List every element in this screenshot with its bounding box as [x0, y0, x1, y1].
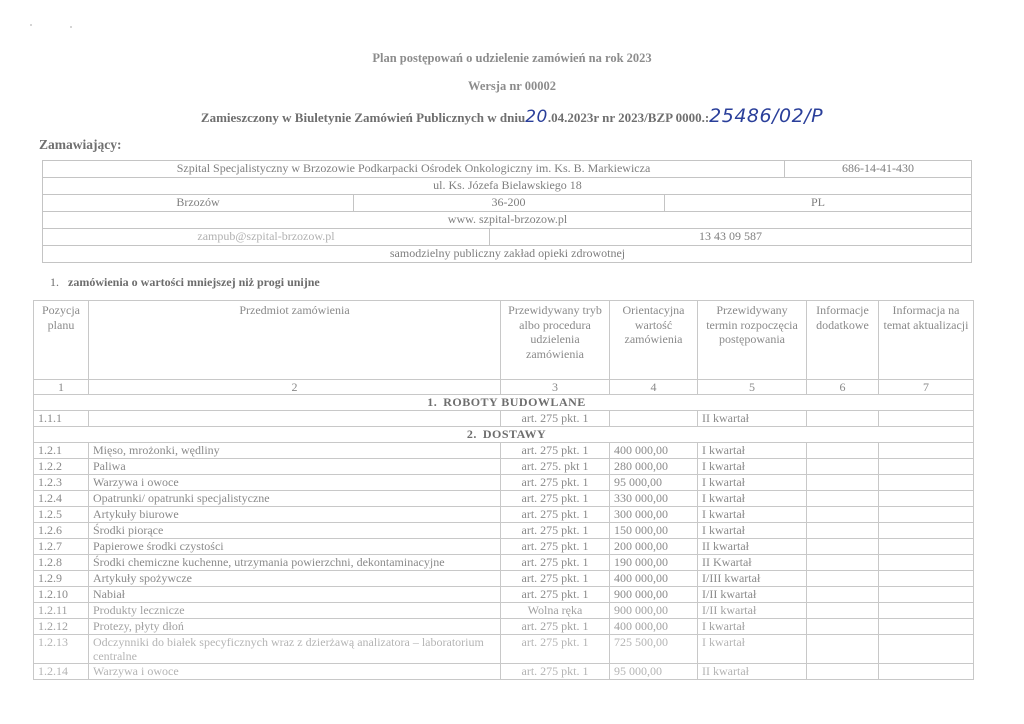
- additional-info-cell: [807, 587, 879, 603]
- start-term-cell: I kwartał: [698, 507, 807, 523]
- category-heading: 2.DOSTAWY: [34, 427, 974, 443]
- category-number: 2.: [461, 427, 483, 441]
- start-term-cell: I kwartał: [698, 491, 807, 507]
- position-cell: 1.2.9: [34, 571, 89, 587]
- ordering-street: ul. Ks. Józefa Bielawskiego 18: [43, 178, 972, 194]
- position-cell: 1.2.14: [34, 664, 89, 680]
- additional-info-cell: [807, 459, 879, 475]
- value-cell: 95 000,00: [610, 664, 698, 680]
- procedure-cell: art. 275 pkt. 1: [501, 571, 610, 587]
- ordering-city: Brzozów: [43, 195, 353, 211]
- column-header: Przewidywany termin rozpoczęcia postępow…: [698, 301, 807, 380]
- position-cell: 1.2.3: [34, 475, 89, 491]
- column-number: 5: [698, 380, 807, 395]
- start-term-cell: I/II kwartał: [698, 587, 807, 603]
- update-info-cell: [879, 587, 974, 603]
- procedure-cell: art. 275 pkt. 1: [501, 539, 610, 555]
- column-number: 6: [807, 380, 879, 395]
- position-cell: 1.2.1: [34, 443, 89, 459]
- value-cell: 900 000,00: [610, 587, 698, 603]
- ordering-row-contact: zampub@szpital-brzozow.pl 13 43 09 587: [42, 229, 972, 246]
- additional-info-cell: [807, 523, 879, 539]
- column-header: Informacje dodatkowe: [807, 301, 879, 380]
- category-number: 1.: [421, 395, 443, 409]
- table-row: 1.2.7Papierowe środki czystościart. 275 …: [34, 539, 974, 555]
- update-info-cell: [879, 603, 974, 619]
- category-row: 1.ROBOTY BUDOWLANE: [34, 395, 974, 411]
- ordering-row-city: Brzozów 36-200 PL: [42, 195, 972, 212]
- value-cell: 150 000,00: [610, 523, 698, 539]
- column-number: 2: [89, 380, 501, 395]
- ordering-entity-type: samodzielny publiczny zakład opieki zdro…: [43, 246, 972, 262]
- value-cell: 400 000,00: [610, 571, 698, 587]
- table-row: 1.2.8Środki chemiczne kuchenne, utrzyman…: [34, 555, 974, 571]
- subject-cell: Odczynniki do białek specyficznych wraz …: [89, 635, 501, 664]
- additional-info-cell: [807, 475, 879, 491]
- procedure-cell: art. 275 pkt. 1: [501, 664, 610, 680]
- update-info-cell: [879, 491, 974, 507]
- subject-cell: Artykuły spożywcze: [89, 571, 501, 587]
- position-cell: 1.2.10: [34, 587, 89, 603]
- position-cell: 1.2.2: [34, 459, 89, 475]
- column-header: Pozycja planu: [34, 301, 89, 380]
- subject-cell: Mięso, mrożonki, wędliny: [89, 443, 501, 459]
- ordering-website[interactable]: www. szpital-brzozow.pl: [43, 212, 972, 228]
- table-row: 1.2.4Opatrunki/ opatrunki specjalistyczn…: [34, 491, 974, 507]
- start-term-cell: I kwartał: [698, 619, 807, 635]
- subject-cell: Protezy, płyty dłoń: [89, 619, 501, 635]
- section-number: 1.: [50, 275, 68, 290]
- table-header-row: Pozycja planu Przedmiot zamówienia Przew…: [34, 301, 974, 380]
- subject-cell: Opatrunki/ opatrunki specjalistyczne: [89, 491, 501, 507]
- update-info-cell: [879, 555, 974, 571]
- column-number: 7: [879, 380, 974, 395]
- additional-info-cell: [807, 443, 879, 459]
- update-info-cell: [879, 411, 974, 427]
- additional-info-cell: [807, 619, 879, 635]
- column-number: 3: [501, 380, 610, 395]
- column-header: Informacja na temat aktualizacji: [879, 301, 974, 380]
- handwritten-bzp-number: 25486/02/P: [709, 105, 823, 127]
- start-term-cell: II Kwartał: [698, 555, 807, 571]
- update-info-cell: [879, 619, 974, 635]
- publication-date-rest: .04.2023r nr 2023/BZP 0000.:: [548, 110, 709, 125]
- update-info-cell: [879, 664, 974, 680]
- additional-info-cell: [807, 664, 879, 680]
- subject-cell: Środki chemiczne kuchenne, utrzymania po…: [89, 555, 501, 571]
- start-term-cell: I kwartał: [698, 635, 807, 664]
- start-term-cell: I/III kwartał: [698, 571, 807, 587]
- update-info-cell: [879, 571, 974, 587]
- table-row: 1.2.2Paliwaart. 275. pkt 1280 000,00I kw…: [34, 459, 974, 475]
- position-cell: 1.2.11: [34, 603, 89, 619]
- additional-info-cell: [807, 635, 879, 664]
- update-info-cell: [879, 443, 974, 459]
- update-info-cell: [879, 539, 974, 555]
- section-heading: 1.zamówienia o wartości mniejszej niż pr…: [50, 275, 320, 290]
- subject-cell: Papierowe środki czystości: [89, 539, 501, 555]
- value-cell: 900 000,00: [610, 603, 698, 619]
- table-row: 1.2.9Artykuły spożywczeart. 275 pkt. 140…: [34, 571, 974, 587]
- update-info-cell: [879, 635, 974, 664]
- column-number: 4: [610, 380, 698, 395]
- additional-info-cell: [807, 491, 879, 507]
- ordering-name: Szpital Specjalistyczny w Brzozowie Podk…: [43, 161, 784, 177]
- update-info-cell: [879, 523, 974, 539]
- procedure-cell: art. 275 pkt. 1: [501, 619, 610, 635]
- procedure-cell: art. 275 pkt. 1: [501, 555, 610, 571]
- start-term-cell: I kwartał: [698, 443, 807, 459]
- position-cell: 1.2.6: [34, 523, 89, 539]
- procedure-cell: art. 275 pkt. 1: [501, 635, 610, 664]
- position-cell: 1.1.1: [34, 411, 89, 427]
- table-row: 1.2.3Warzywa i owoceart. 275 pkt. 195 00…: [34, 475, 974, 491]
- document-title: Plan postępowań o udzielenie zamówień na…: [0, 51, 1024, 66]
- category-row: 2.DOSTAWY: [34, 427, 974, 443]
- value-cell: 280 000,00: [610, 459, 698, 475]
- table-row: 1.2.6Środki piorąceart. 275 pkt. 1150 00…: [34, 523, 974, 539]
- additional-info-cell: [807, 571, 879, 587]
- column-header: Przewidywany tryb albo procedura udziele…: [501, 301, 610, 380]
- position-cell: 1.2.4: [34, 491, 89, 507]
- subject-cell: Środki piorące: [89, 523, 501, 539]
- value-cell: 190 000,00: [610, 555, 698, 571]
- start-term-cell: II kwartał: [698, 664, 807, 680]
- position-cell: 1.2.12: [34, 619, 89, 635]
- subject-cell: Nabiał: [89, 587, 501, 603]
- value-cell: 400 000,00: [610, 443, 698, 459]
- start-term-cell: I kwartał: [698, 523, 807, 539]
- ordering-row-website: www. szpital-brzozow.pl: [42, 212, 972, 229]
- ordering-nip: 686-14-41-430: [784, 161, 972, 177]
- additional-info-cell: [807, 507, 879, 523]
- column-number-row: 1 2 3 4 5 6 7: [34, 380, 974, 395]
- column-header: Przedmiot zamówienia: [89, 301, 501, 380]
- start-term-cell: II kwartał: [698, 539, 807, 555]
- value-cell: 725 500,00: [610, 635, 698, 664]
- value-cell: 330 000,00: [610, 491, 698, 507]
- ordering-row-name: Szpital Specjalistyczny w Brzozowie Podk…: [42, 160, 972, 178]
- scan-speck: [30, 24, 32, 26]
- subject-cell: Produkty lecznicze: [89, 603, 501, 619]
- additional-info-cell: [807, 555, 879, 571]
- procurement-plan-table: Pozycja planu Przedmiot zamówienia Przew…: [33, 300, 974, 680]
- category-name: DOSTAWY: [483, 427, 546, 441]
- publication-line: Zamieszczony w Biuletynie Zamówień Publi…: [0, 105, 1024, 127]
- ordering-country: PL: [664, 195, 972, 211]
- subject-cell: Paliwa: [89, 459, 501, 475]
- ordering-party-table: Szpital Specjalistyczny w Brzozowie Podk…: [42, 160, 972, 263]
- table-row: 1.2.14Warzywa i owoceart. 275 pkt. 195 0…: [34, 664, 974, 680]
- value-cell: [610, 411, 698, 427]
- position-cell: 1.2.5: [34, 507, 89, 523]
- column-header: Orientacyjna wartość zamówienia: [610, 301, 698, 380]
- ordering-postal-code: 36-200: [353, 195, 664, 211]
- update-info-cell: [879, 507, 974, 523]
- update-info-cell: [879, 475, 974, 491]
- table-row: 1.2.5Artykuły biuroweart. 275 pkt. 1300 …: [34, 507, 974, 523]
- start-term-cell: I kwartał: [698, 475, 807, 491]
- table-row: 1.2.1Mięso, mrożonki, wędlinyart. 275 pk…: [34, 443, 974, 459]
- table-row: 1.2.13Odczynniki do białek specyficznych…: [34, 635, 974, 664]
- procedure-cell: art. 275 pkt. 1: [501, 491, 610, 507]
- category-heading: 1.ROBOTY BUDOWLANE: [34, 395, 974, 411]
- procedure-cell: art. 275 pkt. 1: [501, 507, 610, 523]
- table-row: 1.2.11Produkty leczniczeWolna ręka900 00…: [34, 603, 974, 619]
- category-name: ROBOTY BUDOWLANE: [443, 395, 586, 409]
- ordering-row-entity-type: samodzielny publiczny zakład opieki zdro…: [42, 246, 972, 263]
- procedure-cell: art. 275 pkt. 1: [501, 587, 610, 603]
- position-cell: 1.2.13: [34, 635, 89, 664]
- procedure-cell: art. 275. pkt 1: [501, 459, 610, 475]
- procedure-cell: Wolna ręka: [501, 603, 610, 619]
- handwritten-day: 20: [525, 107, 548, 127]
- start-term-cell: II kwartał: [698, 411, 807, 427]
- procedure-cell: art. 275 pkt. 1: [501, 411, 610, 427]
- scan-speck: [70, 26, 72, 28]
- table-row: 1.2.12Protezy, płyty dłońart. 275 pkt. 1…: [34, 619, 974, 635]
- subject-cell: Warzywa i owoce: [89, 664, 501, 680]
- publication-prefix: Zamieszczony w Biuletynie Zamówień Publi…: [201, 110, 525, 125]
- additional-info-cell: [807, 411, 879, 427]
- position-cell: 1.2.7: [34, 539, 89, 555]
- ordering-phone: 13 43 09 587: [489, 229, 972, 245]
- start-term-cell: I/II kwartał: [698, 603, 807, 619]
- procedure-cell: art. 275 pkt. 1: [501, 475, 610, 491]
- ordering-party-label: Zamawiający:: [39, 137, 121, 153]
- value-cell: 95 000,00: [610, 475, 698, 491]
- ordering-email[interactable]: zampub@szpital-brzozow.pl: [43, 229, 489, 245]
- additional-info-cell: [807, 603, 879, 619]
- subject-cell: Warzywa i owoce: [89, 475, 501, 491]
- value-cell: 400 000,00: [610, 619, 698, 635]
- section-title: zamówienia o wartości mniejszej niż prog…: [68, 275, 320, 289]
- table-row: 1.2.10Nabiałart. 275 pkt. 1900 000,00I/I…: [34, 587, 974, 603]
- table-row: 1.1.1art. 275 pkt. 1II kwartał: [34, 411, 974, 427]
- column-number: 1: [34, 380, 89, 395]
- start-term-cell: I kwartał: [698, 459, 807, 475]
- additional-info-cell: [807, 539, 879, 555]
- ordering-row-street: ul. Ks. Józefa Bielawskiego 18: [42, 178, 972, 195]
- position-cell: 1.2.8: [34, 555, 89, 571]
- procedure-cell: art. 275 pkt. 1: [501, 523, 610, 539]
- document-version: Wersja nr 00002: [0, 79, 1024, 94]
- update-info-cell: [879, 459, 974, 475]
- procedure-cell: art. 275 pkt. 1: [501, 443, 610, 459]
- subject-cell: Artykuły biurowe: [89, 507, 501, 523]
- value-cell: 300 000,00: [610, 507, 698, 523]
- subject-cell: [89, 411, 501, 427]
- value-cell: 200 000,00: [610, 539, 698, 555]
